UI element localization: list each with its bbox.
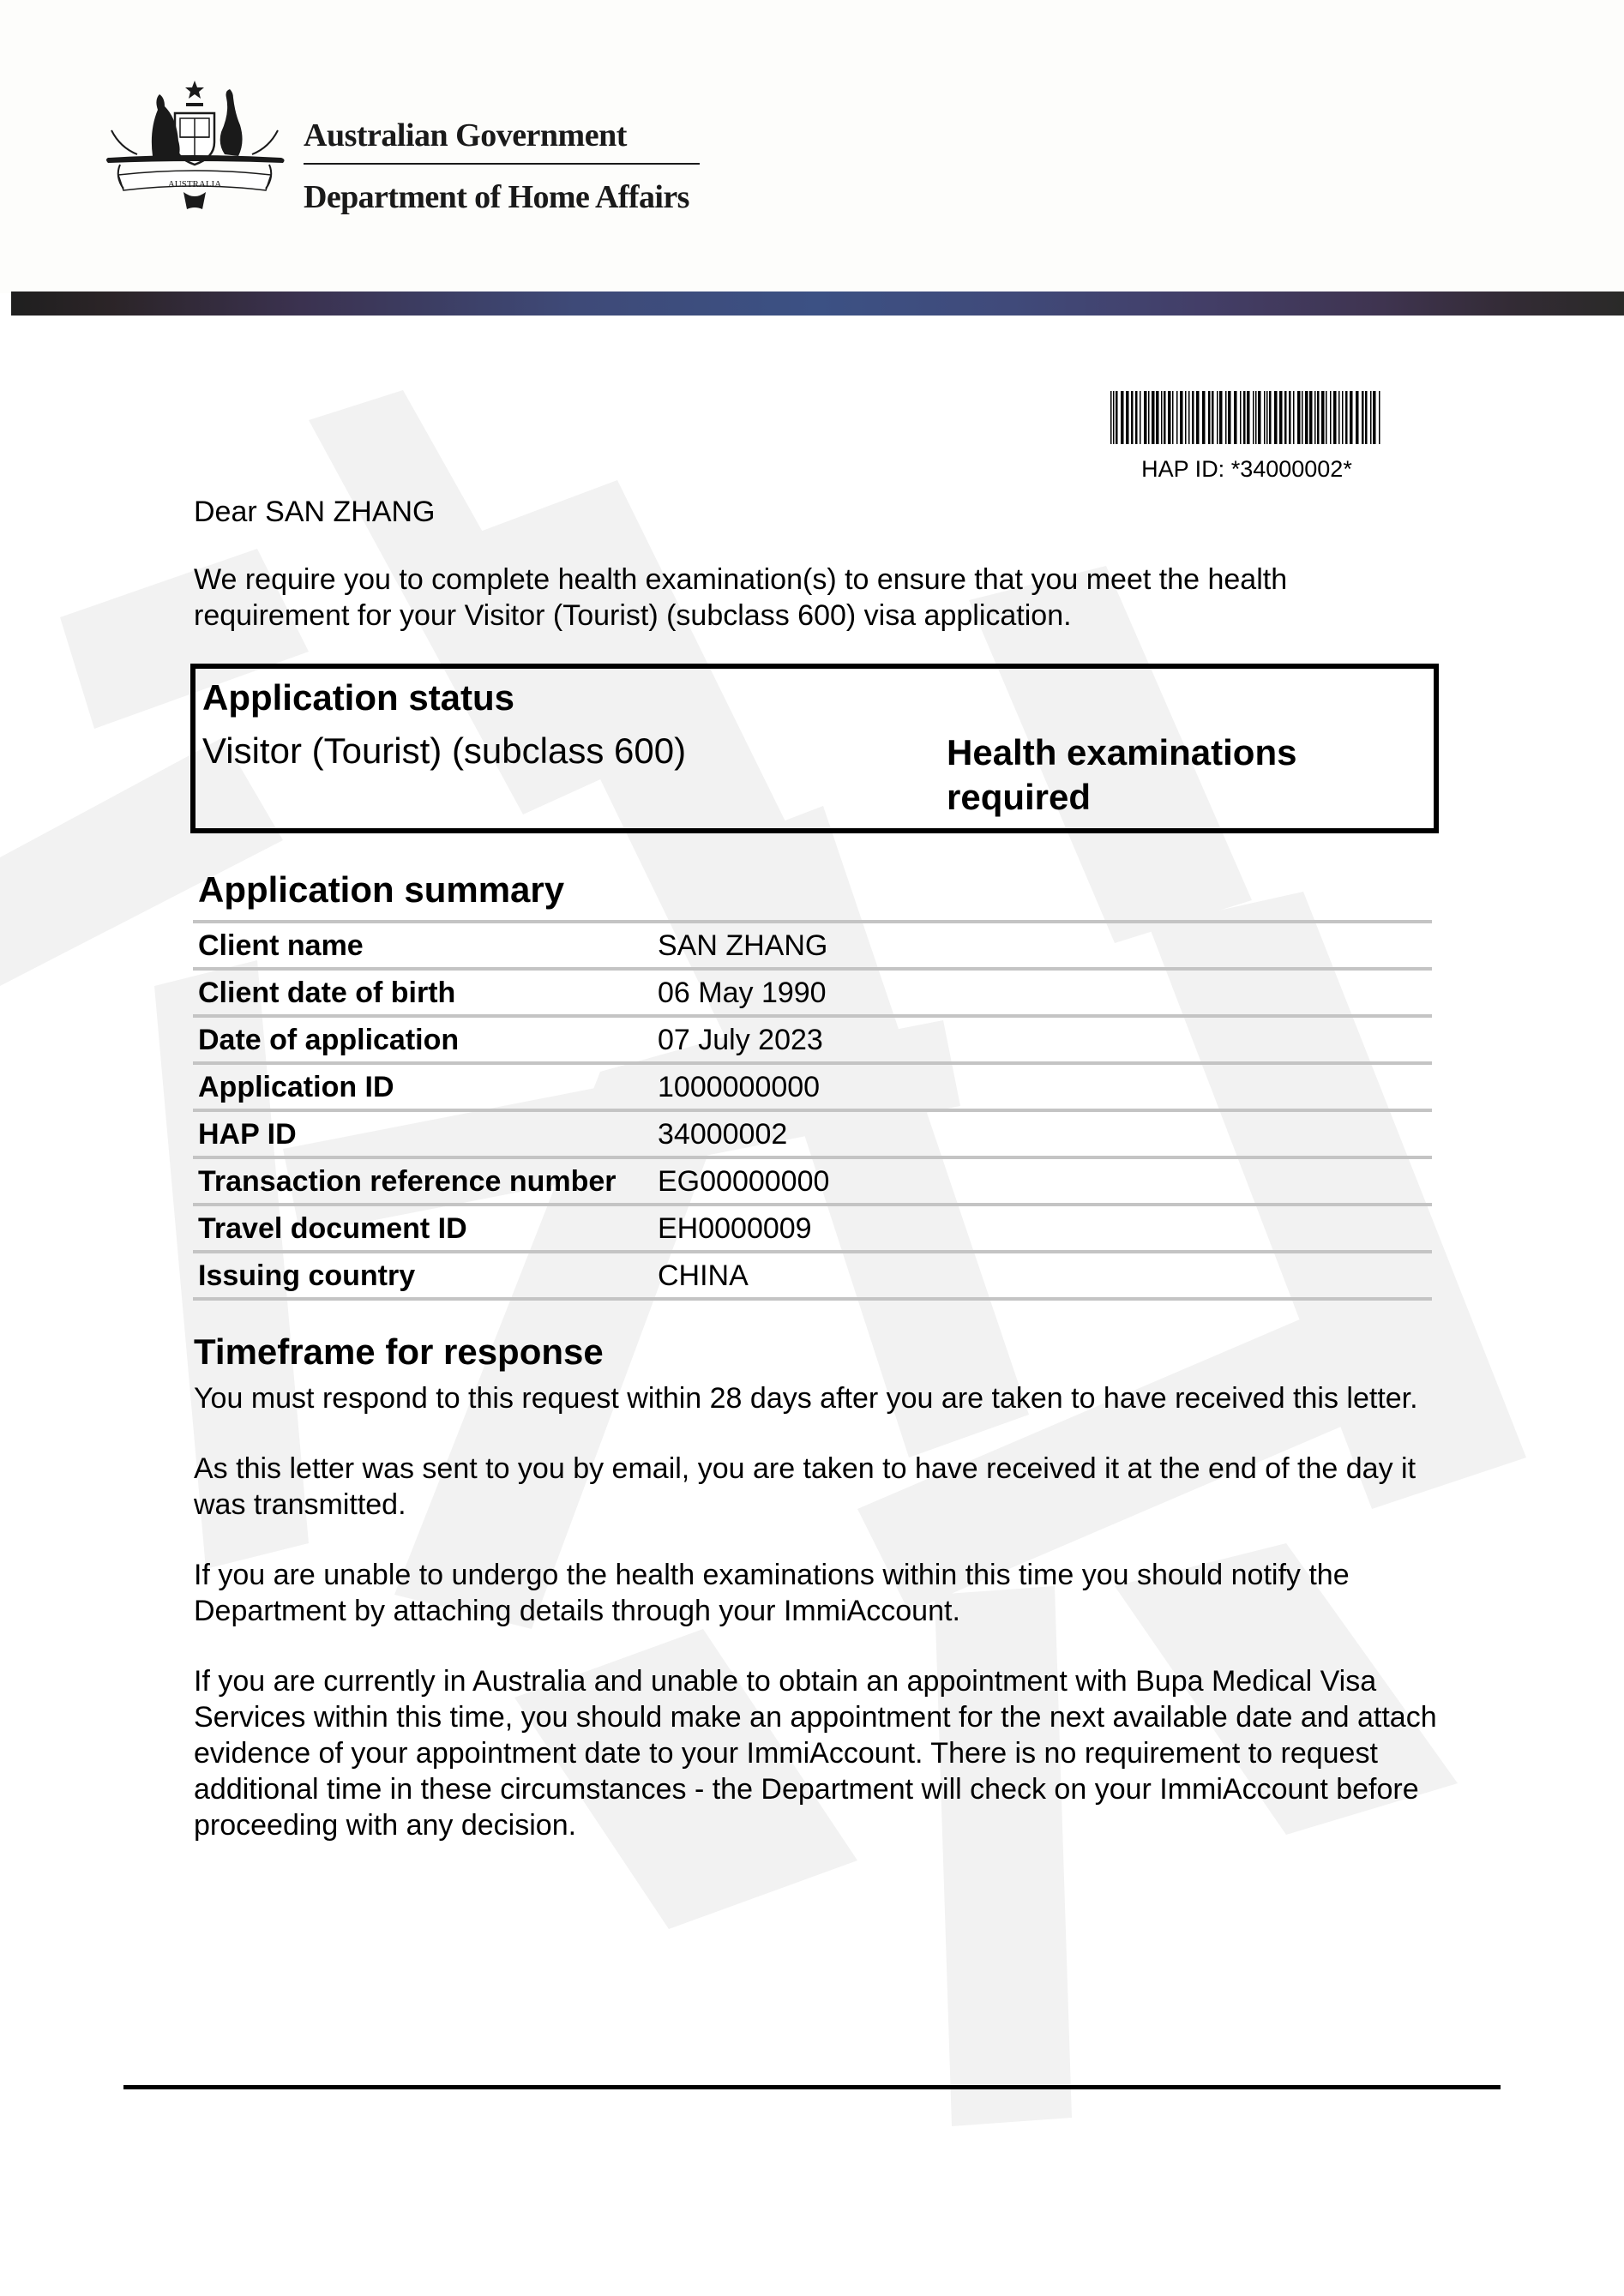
table-row: HAP ID34000002 xyxy=(193,1109,1432,1156)
row-value: SAN ZHANG xyxy=(658,929,827,963)
row-label: Date of application xyxy=(198,1024,459,1057)
barcode-icon xyxy=(1110,391,1383,444)
row-label: Client date of birth xyxy=(198,977,455,1010)
summary-table: Client nameSAN ZHANGClient date of birth… xyxy=(193,920,1432,1301)
row-value: EH0000009 xyxy=(658,1212,812,1246)
row-value: CHINA xyxy=(658,1259,749,1293)
row-label: Issuing country xyxy=(198,1259,415,1293)
table-row: Application ID1000000000 xyxy=(193,1061,1432,1109)
timeframe-paragraph: If you are unable to undergo the health … xyxy=(194,1557,1454,1629)
intro-paragraph: We require you to complete health examin… xyxy=(194,562,1437,634)
australian-coat-of-arms-icon: AUSTRALIA xyxy=(101,79,288,214)
government-title: Australian Government xyxy=(304,117,627,154)
row-value: 06 May 1990 xyxy=(658,977,827,1010)
letterhead-gradient-bar xyxy=(11,292,1624,316)
timeframe-paragraph: If you are currently in Australia and un… xyxy=(194,1663,1454,1843)
hap-id-caption: HAP ID: *34000002* xyxy=(1110,456,1383,483)
letterhead-divider xyxy=(304,163,700,165)
row-value: 1000000000 xyxy=(658,1071,820,1104)
table-row: Issuing countryCHINA xyxy=(193,1250,1432,1301)
row-label: Transaction reference number xyxy=(198,1165,617,1199)
table-row: Client date of birth06 May 1990 xyxy=(193,967,1432,1014)
table-row: Transaction reference numberEG00000000 xyxy=(193,1156,1432,1203)
table-row: Travel document IDEH0000009 xyxy=(193,1203,1432,1250)
row-value: 34000002 xyxy=(658,1118,787,1151)
row-label: Travel document ID xyxy=(198,1212,467,1246)
row-label: Client name xyxy=(198,929,364,963)
salutation: Dear SAN ZHANG xyxy=(194,496,436,529)
department-title: Department of Home Affairs xyxy=(304,178,689,216)
summary-title: Application summary xyxy=(198,869,564,911)
status-visa-type: Visitor (Tourist) (subclass 600) xyxy=(202,730,686,772)
status-title: Application status xyxy=(202,677,514,718)
table-row: Date of application07 July 2023 xyxy=(193,1014,1432,1061)
application-status-box: Application status Visitor (Tourist) (su… xyxy=(190,664,1439,833)
timeframe-paragraph: You must respond to this request within … xyxy=(194,1380,1454,1416)
row-value: 07 July 2023 xyxy=(658,1024,823,1057)
table-row: Client nameSAN ZHANG xyxy=(193,920,1432,967)
footer-divider xyxy=(123,2085,1501,2089)
row-label: HAP ID xyxy=(198,1118,297,1151)
timeframe-title: Timeframe for response xyxy=(194,1331,604,1373)
status-value: Health examinations required xyxy=(947,730,1392,820)
timeframe-paragraphs: You must respond to this request within … xyxy=(194,1380,1454,1878)
timeframe-paragraph: As this letter was sent to you by email,… xyxy=(194,1451,1454,1523)
row-value: EG00000000 xyxy=(658,1165,829,1199)
row-label: Application ID xyxy=(198,1071,394,1104)
svg-text:AUSTRALIA: AUSTRALIA xyxy=(168,179,221,189)
